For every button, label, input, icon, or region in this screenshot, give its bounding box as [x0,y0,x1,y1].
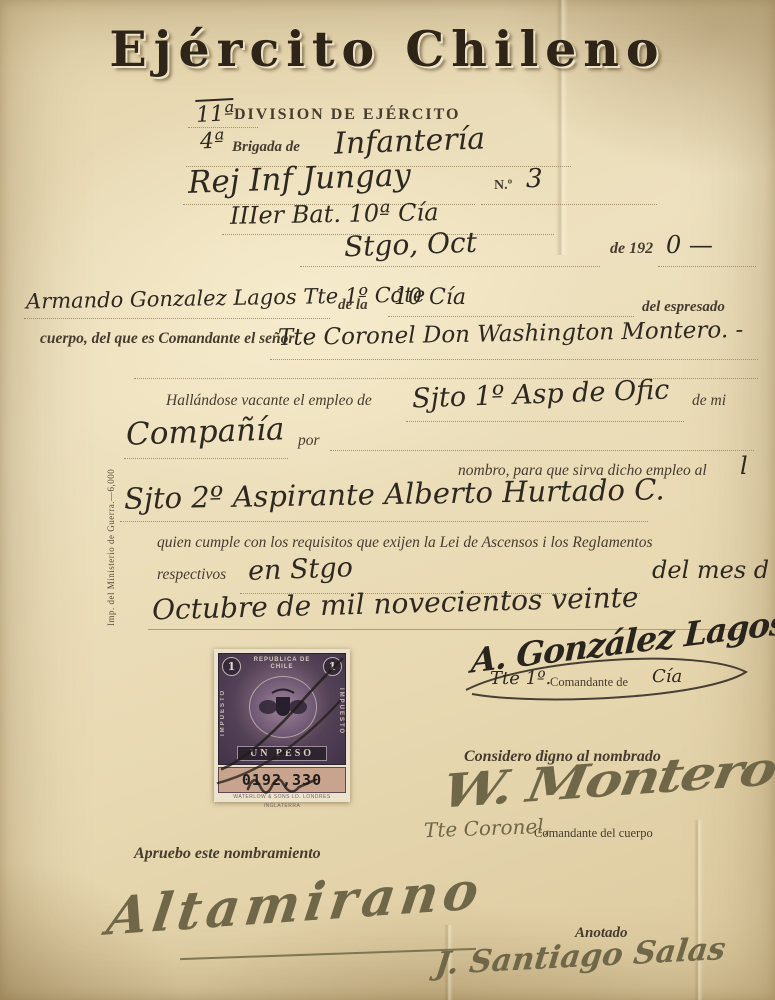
ruled-line [124,458,288,459]
printer-imprint-note: Imp. del Ministerio de Guerra.—6,000 [106,469,116,626]
brigade-value-handwritten: Infantería [333,121,485,161]
number-label: N.º [494,178,512,194]
commander-name-handwritten: Tte Coronel Don Washington Montero. - [278,317,744,351]
respectivos-label: respectivos [157,566,226,584]
company-word-handwritten: Compañía [125,411,285,453]
company-number-handwritten: 10 Cía [394,285,466,310]
expressed-label: del espresado [642,299,725,316]
ruled-line [24,318,330,319]
stamp-printer-line: WATERLOW & SONS LD. LONDRES INGLATERRA [218,793,346,802]
stamp-coat-of-arms [249,676,317,738]
ruled-line [658,266,756,267]
place2-handwritten: en Stgo [247,552,353,587]
approval-statement-label: Apruebo este nombramiento [134,845,321,863]
stamp-value-left: 1 [222,657,241,676]
document-title: Ejército Chileno [0,20,775,78]
vacant-post-handwritten: Sjto 1º Asp de Ofic [412,375,670,415]
signature-santiago-salas: J. Santiago Salas [434,931,728,982]
vacancy-label: Hallándose vacante el empleo de [166,392,372,410]
sig1-role-label: Comandante de [550,675,628,690]
stamp-value-right: 1 [323,657,342,676]
nominee-handwritten: Sjto 2º Aspirante Alberto Hurtado C. [124,472,665,515]
document-page: Ejército Chileno 11ª DIVISION DE EJÉRCIT… [0,0,775,1000]
year-prefix-label: de 192 [610,240,653,258]
ruled-line [406,421,684,422]
of-my-label: de mi [692,392,726,410]
ruled-line [330,450,754,451]
ruled-line [388,316,634,317]
sig1-company-handwritten: Cía [652,666,682,687]
ruled-line [120,521,648,522]
stamp-denomination: UN PESO [237,746,327,761]
division-label: DIVISION DE EJÉRCITO [234,106,460,124]
sig1-rank-handwritten: Tte 1º. [490,668,551,689]
battalion-handwritten: IIIer Bat. 10ª Cía [230,198,439,230]
stamp-country-text: REPUBLICA DE CHILE [243,657,321,671]
ruled-line [270,359,758,360]
appoint-flourish-handwritten: l [740,452,748,480]
sig2-rank-handwritten: Tte Coronel, [424,814,551,842]
sig2-role-label: Comandante del cuerpo [534,826,653,841]
revenue-stamp: 1 1 REPUBLICA DE CHILE IMPUESTO IMPUESTO… [214,649,350,802]
brigade-number-handwritten: 4ª [200,129,225,155]
regiment-handwritten: Rej Inf Jungay [187,157,411,201]
signature-altamirano: Altamirano [103,860,487,948]
por-label: por [298,432,320,450]
stamp-impuesto-left: IMPUESTO [220,680,226,744]
of-the-label: de la [338,297,368,314]
division-number-handwritten: 11ª [195,98,235,128]
fold-crease-right [694,820,703,1000]
ruled-line [300,266,600,267]
brigade-label: Brigada de [232,139,300,156]
stamp-impuesto-right: IMPUESTO [338,680,344,744]
requirements-label: quien cumple con los requisitos que exij… [157,534,653,552]
stamp-design: 1 1 REPUBLICA DE CHILE IMPUESTO IMPUESTO… [218,653,346,765]
written-date-handwritten: Octubre de mil novecientos veinte [152,581,639,627]
stamp-serial: 0192,330 [218,767,346,793]
commander-intro-label: cuerpo, del que es Comandante el señor [40,330,294,348]
number-handwritten: 3 [526,164,543,194]
month-handwritten: del mes d [652,556,769,584]
place-date-handwritten: Stgo, Oct [343,226,477,264]
signature-underline [180,948,476,960]
year-handwritten: 0 — [666,231,713,259]
ruled-line [481,204,657,205]
